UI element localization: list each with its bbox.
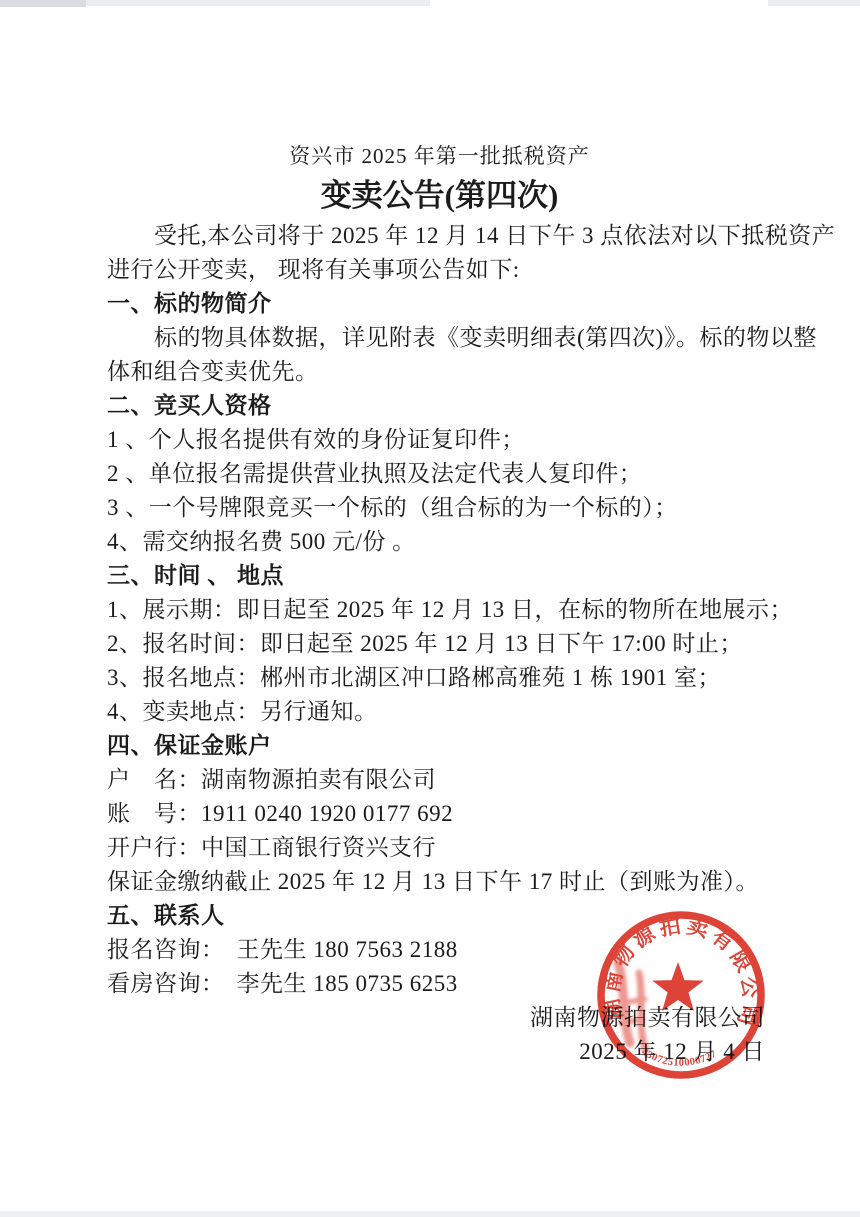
document-line: 体和组合变卖优先。 (107, 355, 772, 389)
document-line: 3、报名地点：郴州市北湖区冲口路郴高雅苑 1 栋 1901 室； (107, 661, 772, 695)
document-page: 资兴市 2025 年第一批抵税资产变卖公告(第四次)受托,本公司将于 2025 … (0, 0, 860, 1217)
document-line: 2、报名时间：即日起至 2025 年 12 月 13 日下午 17:00 时止； (107, 627, 772, 661)
scan-artifact (86, 0, 430, 6)
intro-line: 进行公开变卖， 现将有关事项公告如下: (107, 253, 772, 287)
document-line: 2 、单位报名需提供营业执照及法定代表人复印件； (107, 457, 772, 491)
section-heading: 二、竞买人资格 (107, 389, 772, 423)
document-line: 保证金缴纳截止 2025 年 12 月 13 日下午 17 时止（到账为准）。 (107, 865, 772, 899)
document-line: 开户行：中国工商银行资兴支行 (107, 831, 772, 865)
seal-smudge (618, 963, 646, 1051)
document-line: 4、需交纳报名费 500 元/份 。 (107, 525, 772, 559)
document-title: 变卖公告(第四次) (107, 172, 772, 219)
document-supertitle: 资兴市 2025 年第一批抵税资产 (107, 141, 772, 172)
document-line: 4、变卖地点：另行通知。 (107, 695, 772, 729)
intro-line: 受托,本公司将于 2025 年 12 月 14 日下午 3 点依法对以下抵税资产 (107, 219, 772, 253)
scan-artifact (0, 0, 86, 7)
section-heading: 一、标的物简介 (107, 287, 772, 321)
document-line: 账 号：1911 0240 1920 0177 692 (107, 797, 772, 831)
scan-artifact (768, 0, 860, 6)
document-line: 户 名：湖南物源拍卖有限公司 (107, 763, 772, 797)
scan-artifact (0, 1211, 860, 1217)
document-line: 1、展示期：即日起至 2025 年 12 月 13 日，在标的物所在地展示； (107, 593, 772, 627)
document-line: 3 、一个号牌限竞买一个标的（组合标的为一个标的）； (107, 491, 772, 525)
seal-star-icon (652, 962, 703, 1011)
section-heading: 三、时间 、 地点 (107, 559, 772, 593)
section-heading: 四、保证金账户 (107, 729, 772, 763)
document-line: 标的物具体数据，详见附表《变卖明细表(第四次)》。标的物以整 (107, 321, 772, 355)
company-seal: 湖南物源拍卖有限公司 43072510000727 (585, 899, 777, 1091)
document-line: 1 、个人报名提供有效的身份证复印件； (107, 423, 772, 457)
